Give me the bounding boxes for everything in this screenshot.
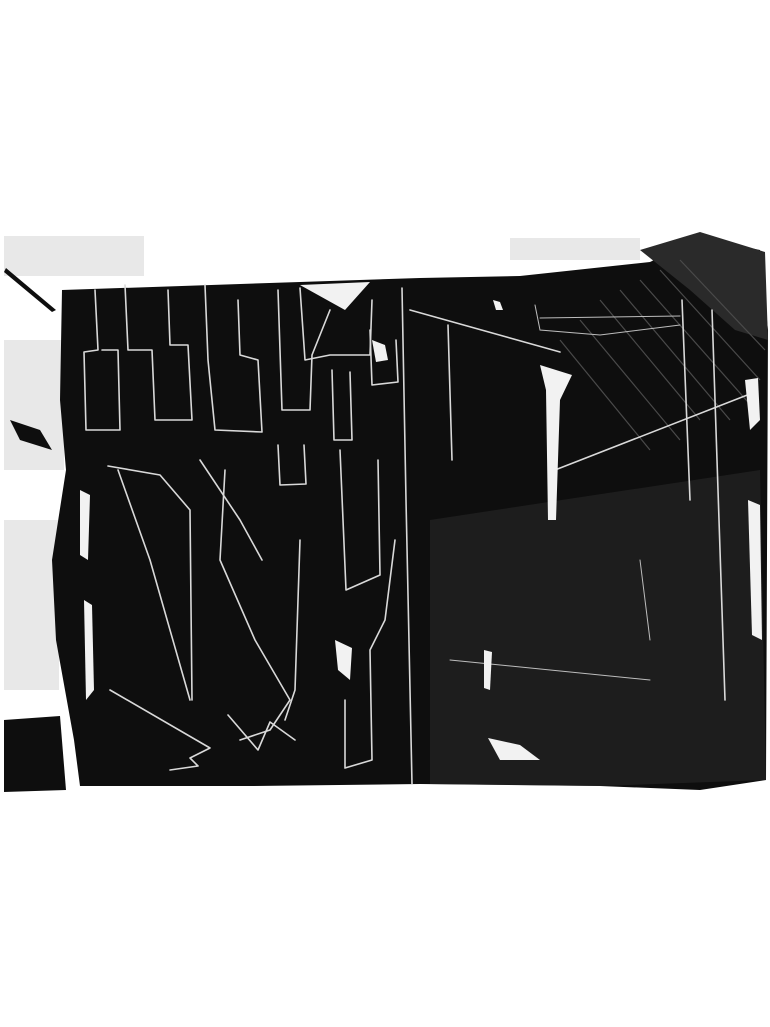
abstract-painting [0, 0, 770, 1027]
